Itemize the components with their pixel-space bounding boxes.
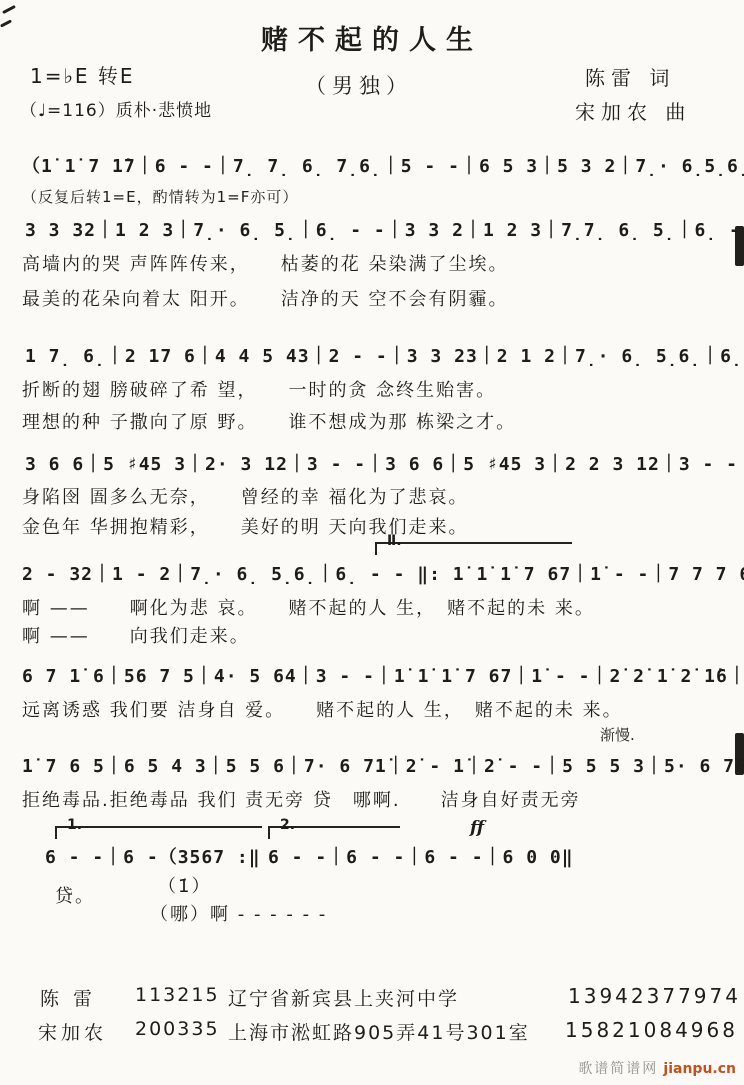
dynamic-marking: ff — [470, 818, 484, 838]
section-bracket-label: Ⅱ. — [387, 533, 402, 549]
contact-name: 宋加农 — [38, 1018, 107, 1045]
watermark: 歌谱简谱网 jianpu.cn — [578, 1058, 736, 1078]
contact-postcode: 200335 — [135, 1018, 220, 1040]
contact-phone: 13942377974 — [568, 984, 741, 1008]
notation-line: 6 - -｜6 - -｜6 - -｜6 0 0‖ — [268, 843, 574, 869]
contact-phone: 15821084968 — [565, 1018, 738, 1042]
notation-line: 6 7 1̇ 6｜56 7 5｜4· 5 64｜3 - -｜1̇ 1̇ 1̇ 7… — [22, 662, 744, 688]
notation-line: 3 3 32｜1 2 3｜7̣· 6̣ 5̣｜6̣ - -｜3 3 2｜1 2 … — [25, 216, 744, 242]
second-ending-label: 2. — [280, 817, 295, 833]
notation-line: （1̇ 1̇ 7 1̇7｜6 - -｜7̣ 7̣ 6̣ 7̣6̣｜5 - -｜6… — [22, 152, 744, 178]
pickup-note: （1̇） — [158, 872, 211, 898]
lyric-line: 远离诱惑 我们要 洁身自 爱。 赌不起的人 生， 赌不起的未 来。 — [22, 696, 623, 722]
second-ending-bracket: 2. — [268, 826, 400, 839]
lyric-line: 折断的翅 膀破碎了希 望， 一时的贪 念终生贻害。 — [22, 376, 496, 402]
lyric-line: 最美的花朵向着太 阳开。 洁净的天 空不会有阴霾。 — [22, 285, 508, 311]
notation-line: 1 7̣ 6̣｜2 17 6｜4 4 5 43｜2 - -｜3 3 23｜2 1… — [25, 342, 744, 368]
key-signature: 1=♭E 转E — [30, 60, 135, 89]
composer-credit: 宋加农 曲 — [575, 96, 691, 125]
lyric-line: 啊 —— 向我们走来。 — [22, 622, 250, 648]
modulation-note: （反复后转1=E，酌情转为1=F亦可） — [22, 186, 298, 207]
lyric-line: 理想的种 子撒向了原 野。 谁不想成为那 栋梁之才。 — [22, 408, 516, 434]
song-subtitle: （男独） — [305, 70, 413, 100]
first-ending-bracket: 1. — [55, 826, 262, 839]
notation-line: 1̇ 7 6 5｜6 5 4 3｜5 5 6｜7· 6 71̇｜2̇ - 1̇｜… — [22, 752, 744, 778]
first-ending-label: 1. — [67, 817, 82, 833]
lyric-line: 啊 —— 啊化为悲 哀。 赌不起的人 生， 赌不起的未 来。 — [22, 594, 595, 620]
section-bracket: Ⅱ. — [375, 542, 572, 555]
contact-address: 辽宁省新宾县上夹河中学 — [228, 984, 459, 1011]
lyric-line: 身陷囹 圄多么无奈， 曾经的幸 福化为了悲哀。 — [22, 483, 468, 509]
watermark-site-url[interactable]: jianpu.cn — [663, 1061, 736, 1077]
notation-line: 6 - -｜6 -（3567 :‖ — [45, 843, 261, 869]
lyricist-credit: 陈雷 词 — [585, 62, 675, 91]
score-page: 赌不起的人生 （男独） 1=♭E 转E （♩=116）质朴·悲愤地 陈雷 词 宋… — [0, 0, 744, 1085]
lyric-line: 贷。 — [55, 882, 95, 908]
lyric-line: （哪）啊 ‐ ‐ ‐ ‐ ‐ ‐ — [150, 900, 327, 926]
ritardando-annotation: 渐慢. — [600, 724, 635, 745]
contact-postcode: 113215 — [135, 984, 220, 1006]
song-title: 赌不起的人生 — [0, 18, 744, 57]
scan-artifact — [2, 5, 16, 14]
lyric-line: 拒绝毒品.拒绝毒品 我们 责无旁 贷 哪啊. 洁身自好责无旁 — [22, 786, 581, 812]
contact-address: 上海市淞虹路905弄41号301室 — [228, 1018, 530, 1045]
notation-line: 3 6 6｜5 ♯45 3｜2· 3 12｜3 - -｜3 6 6｜5 ♯45 … — [25, 450, 744, 476]
watermark-site-name: 歌谱简谱网 — [578, 1061, 658, 1077]
contact-name: 陈雷 — [40, 984, 106, 1011]
tempo-marking: （♩=116）质朴·悲愤地 — [20, 96, 212, 121]
notation-line: 2 - 32｜1 - 2｜7̣· 6̣ 5̣6̣｜6̣ - - ‖: 1̇ 1̇… — [22, 560, 744, 586]
lyric-line: 高墙内的哭 声阵阵传来， 枯萎的花 朵染满了尘埃。 — [22, 250, 508, 276]
